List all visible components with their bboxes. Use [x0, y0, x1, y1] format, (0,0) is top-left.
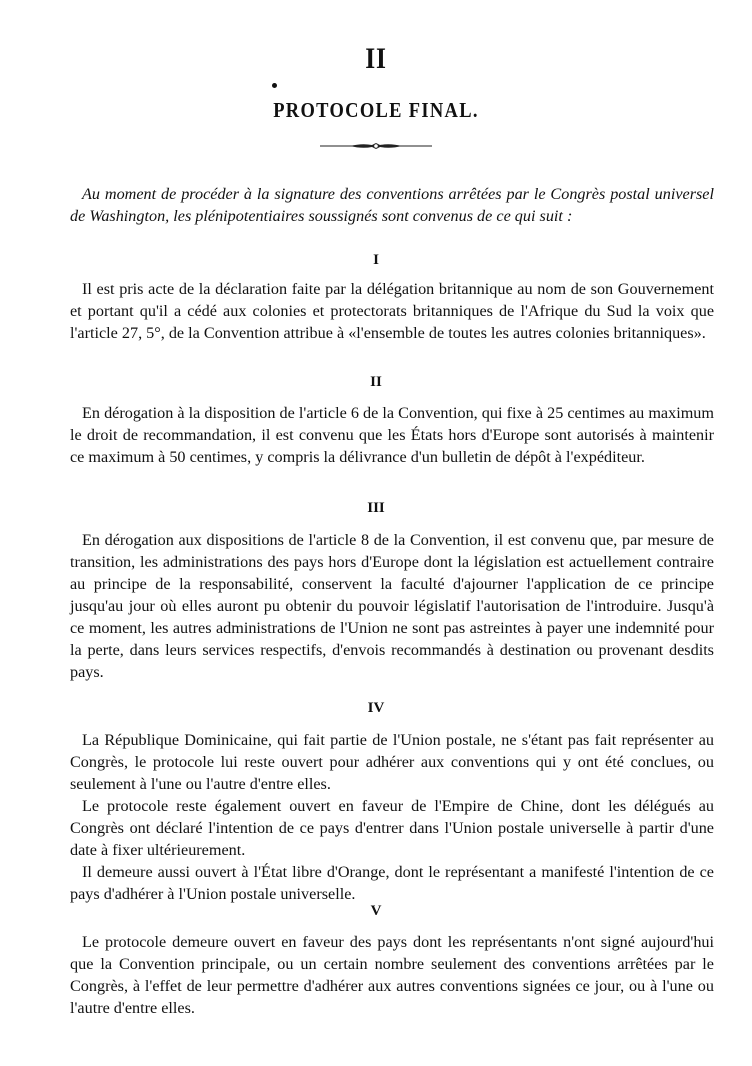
section-2: En dérogation à la disposition de l'arti… — [70, 402, 714, 468]
section-1: Il est pris acte de la déclaration faite… — [70, 278, 714, 344]
intro-text: Au moment de procéder à la signature des… — [70, 183, 714, 227]
ornament-rule-icon — [320, 141, 432, 151]
section-3-paragraph-1: En dérogation aux dispositions de l'arti… — [70, 529, 714, 683]
document-page: II PROTOCOLE FINAL. Au moment de procéde… — [0, 0, 752, 1066]
chapter-number: II — [56, 42, 695, 76]
section-4-paragraph-3: Il demeure aussi ouvert à l'État libre d… — [70, 861, 714, 905]
section-4: La République Dominicaine, qui fait part… — [70, 729, 714, 905]
section-number-5: V — [0, 903, 752, 920]
ink-speck — [272, 83, 277, 88]
section-2-paragraph-1: En dérogation à la disposition de l'arti… — [70, 402, 714, 468]
section-number-2: II — [0, 374, 752, 391]
section-4-paragraph-1: La République Dominicaine, qui fait part… — [70, 729, 714, 795]
page-title: PROTOCOLE FINAL. — [45, 98, 707, 123]
section-5-paragraph-1: Le protocole demeure ouvert en faveur de… — [70, 931, 714, 1019]
section-4-paragraph-2: Le protocole reste également ouvert en f… — [70, 795, 714, 861]
section-number-4: IV — [0, 700, 752, 717]
section-3: En dérogation aux dispositions de l'arti… — [70, 529, 714, 683]
section-number-3: III — [0, 500, 752, 517]
section-number-1: I — [0, 252, 752, 269]
section-5: Le protocole demeure ouvert en faveur de… — [70, 931, 714, 1019]
intro-paragraph: Au moment de procéder à la signature des… — [70, 183, 714, 227]
section-1-paragraph-1: Il est pris acte de la déclaration faite… — [70, 278, 714, 344]
